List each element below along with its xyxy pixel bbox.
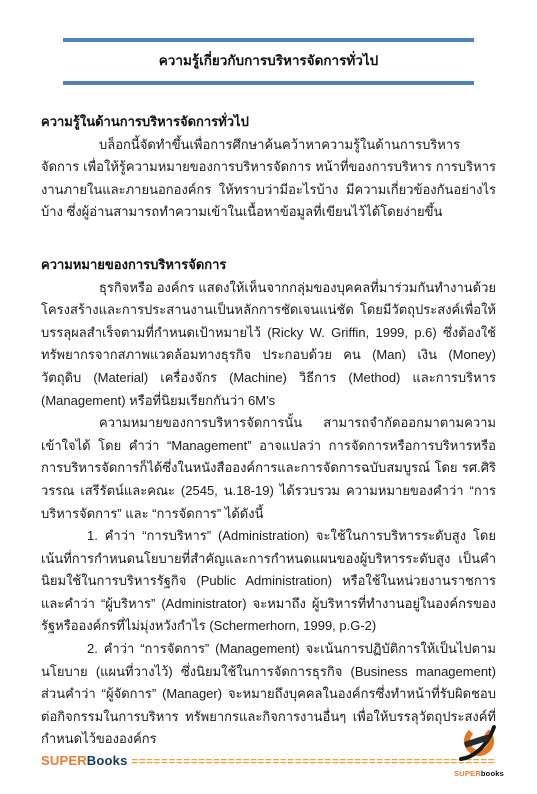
logo-caption-super: SUPER (454, 769, 481, 778)
section-heading-meaning: ความหมายของการบริหารจัดการ (41, 254, 496, 277)
paragraph-management-meaning: ความหมายของการบริหารจัดการนั้น สามารถจำก… (41, 412, 496, 525)
footer-divider-dashes: ========================================… (132, 756, 496, 768)
logo-caption: SUPERbooks (451, 770, 507, 778)
superbooks-logo: SUPERbooks (451, 723, 507, 778)
superbooks-logo-icon (459, 723, 499, 765)
document-body: ความรู้ในด้านการบริหารจัดการทั่วไป บล็อก… (41, 111, 496, 751)
paragraph-business-org: ธุรกิจหรือ องค์กร แสดงให้เห็นจากกลุ่มของ… (41, 277, 496, 413)
title-rule-bottom (63, 81, 474, 85)
paragraph-item-2-management: 2. คำว่า “การจัดการ” (Management) จะเน้น… (41, 638, 496, 751)
footer-brand: SUPERBooks (41, 753, 128, 768)
document-title-box: ความรู้เกี่ยวกับการบริหารจัดการทั่วไป (63, 38, 474, 85)
paragraph-item-1-administration: 1. คำว่า “การบริหาร” (Administration) จะ… (41, 525, 496, 638)
paragraph-intro: บล็อกนี้จัดทำขึ้นเพื่อการศึกษาค้นคว้าหาค… (41, 134, 496, 224)
section-heading-general-knowledge: ความรู้ในด้านการบริหารจัดการทั่วไป (41, 111, 496, 134)
footer-brand-super: SUPER (41, 753, 87, 768)
logo-caption-books: books (481, 769, 504, 778)
footer-brand-books: Books (87, 753, 128, 768)
page-title: ความรู้เกี่ยวกับการบริหารจัดการทั่วไป (63, 42, 474, 81)
document-page: ความรู้เกี่ยวกับการบริหารจัดการทั่วไป คว… (0, 0, 537, 794)
page-footer: SUPERBooks =============================… (41, 753, 496, 768)
